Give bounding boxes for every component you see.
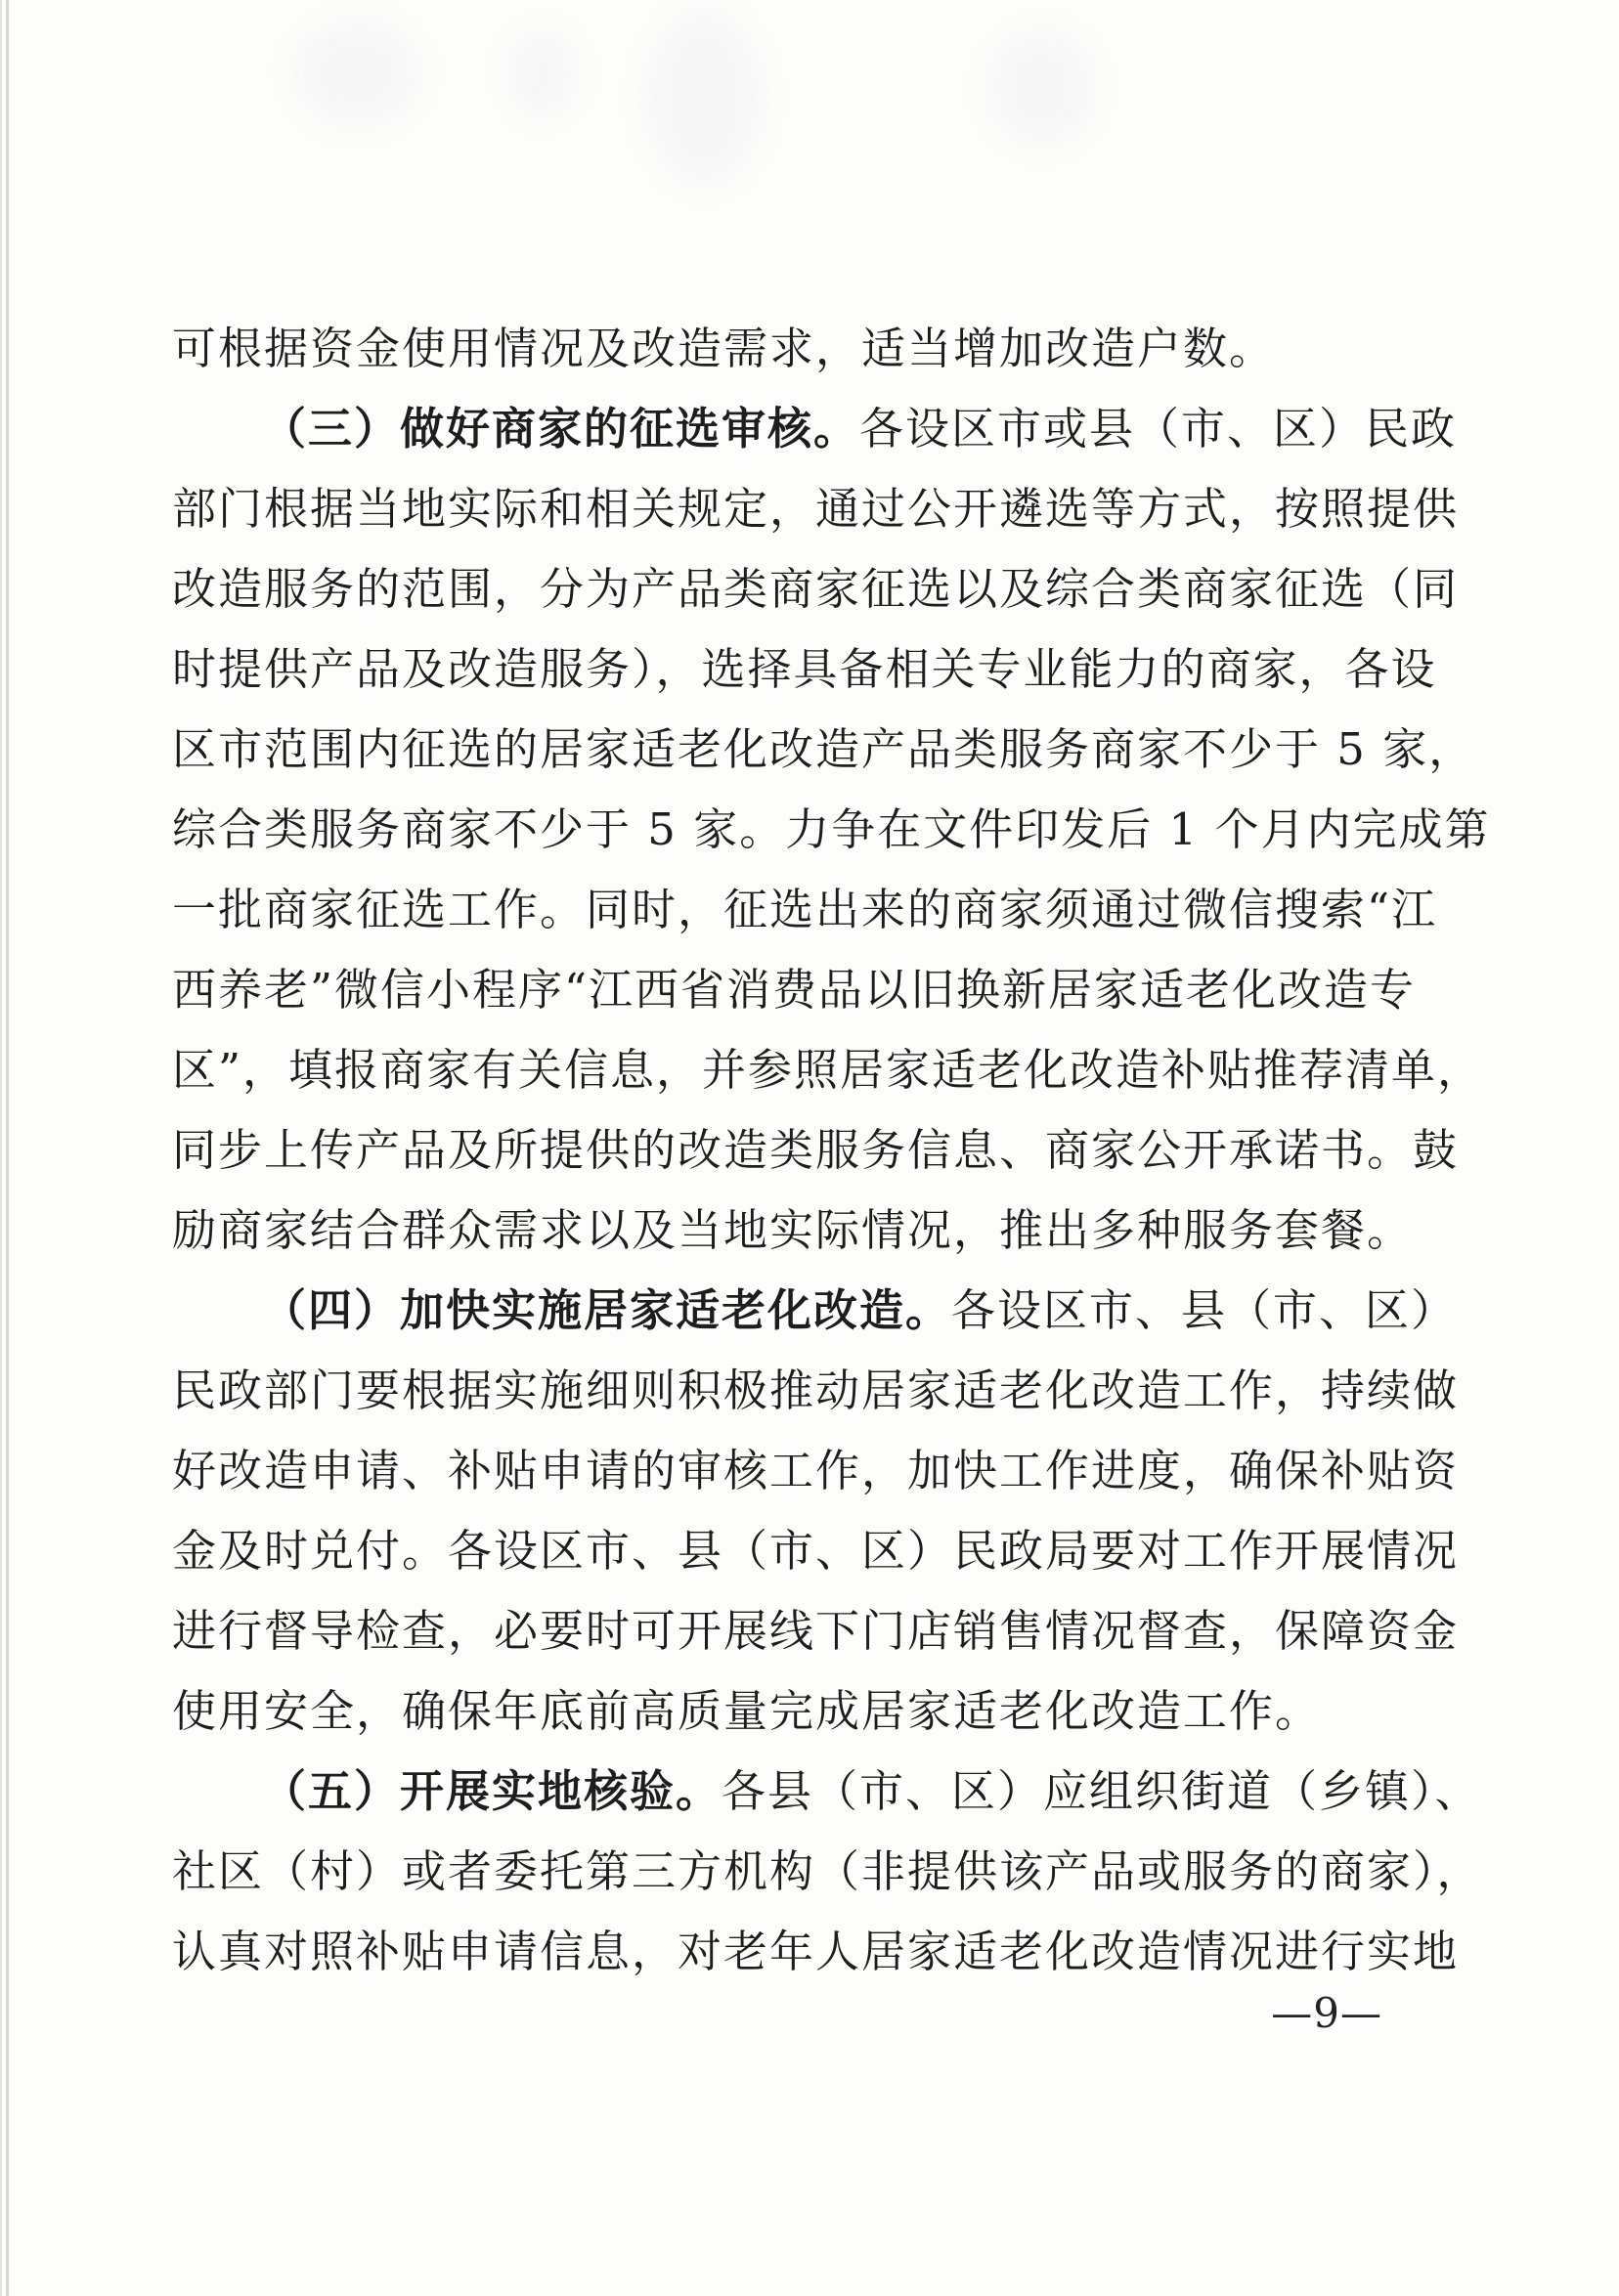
bleedthrough-ghost	[987, 29, 1095, 147]
text-line: 部门根据当地实际和相关规定，通过公开遴选等方式，按照提供	[172, 469, 1461, 549]
text-line: 区市范围内征选的居家适老化改造产品类服务商家不少于 5 家，	[172, 710, 1461, 790]
text-line: 励商家结合群众需求以及当地实际情况，推出多种服务套餐。	[172, 1191, 1461, 1271]
text-line: 好改造申请、补贴申请的审核工作，加快工作进度，确保补贴资	[172, 1431, 1461, 1511]
bleedthrough-ghost	[508, 29, 577, 117]
text-line: 认真对照补贴申请信息，对老年人居家适老化改造情况进行实地	[172, 1912, 1461, 1992]
text-line: 民政部门要根据实施细则积极推动居家适老化改造工作，持续做	[172, 1351, 1461, 1431]
text-line-paragraph-4-head: （四）加快实施居家适老化改造。各设区市、县（市、区）	[172, 1271, 1461, 1351]
text-line: 可根据资金使用情况及改造需求，适当增加改造户数。	[172, 309, 1461, 389]
text-line: 区”，填报商家有关信息，并参照居家适老化改造补贴推荐清单，	[172, 1030, 1461, 1110]
text-line: 金及时兑付。各设区市、县（市、区）民政局要对工作开展情况	[172, 1511, 1461, 1591]
text-line: 综合类服务商家不少于 5 家。力争在文件印发后 1 个月内完成第	[172, 790, 1461, 870]
text-line: 进行督导检查，必要时可开展线下门店销售情况督查，保障资金	[172, 1591, 1461, 1671]
text-line: 西养老”微信小程序“江西省消费品以旧换新居家适老化改造专	[172, 950, 1461, 1030]
text-line: 社区（村）或者委托第三方机构（非提供该产品或服务的商家），	[172, 1832, 1461, 1912]
scan-edge-line	[6, 0, 9, 2296]
text-line: 改造服务的范围，分为产品类商家征选以及综合类商家征选（同	[172, 549, 1461, 629]
document-page: { "document": { "lines": [ {"bold": "", …	[0, 0, 1619, 2296]
text-block: 可根据资金使用情况及改造需求，适当增加改造户数。 （三）做好商家的征选审核。各设…	[172, 309, 1461, 1992]
text-line-paragraph-5-head: （五）开展实地核验。各县（市、区）应组织街道（乡镇）、	[172, 1752, 1461, 1832]
text-line: 使用安全，确保年底前高质量完成居家适老化改造工作。	[172, 1671, 1461, 1752]
page-number: —9—	[1271, 1984, 1382, 2043]
bleedthrough-ghost	[293, 20, 420, 127]
text-line-paragraph-3-head: （三）做好商家的征选审核。各设区市或县（市、区）民政	[172, 389, 1461, 469]
text-line: 同步上传产品及所提供的改造类服务信息、商家公开承诺书。鼓	[172, 1110, 1461, 1191]
scan-edge-artifact	[0, 0, 2, 2296]
text-line: 一批商家征选工作。同时，征选出来的商家须通过微信搜索“江	[172, 870, 1461, 950]
text-line: 时提供产品及改造服务），选择具备相关专业能力的商家，各设	[172, 629, 1461, 710]
bleedthrough-ghost	[645, 10, 763, 186]
